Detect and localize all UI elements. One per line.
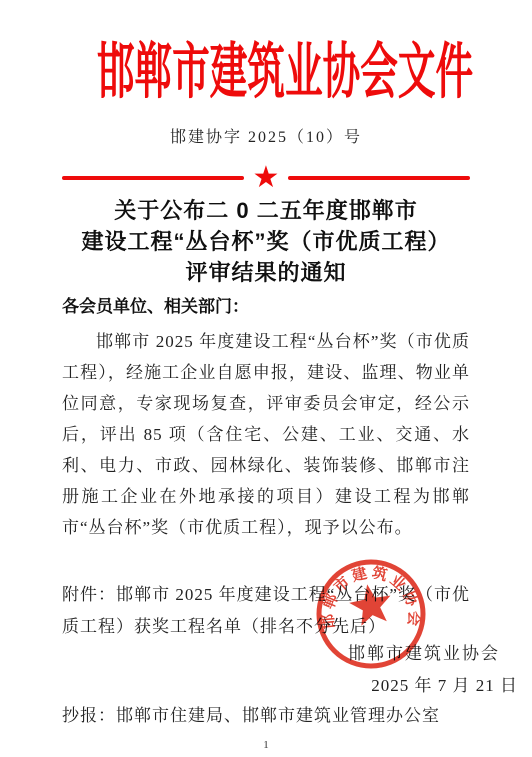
page-number: 1 [0, 739, 532, 751]
title-line-2: 建设工程“丛台杯”奖（市优质工程） [0, 226, 532, 257]
divider-left-bar [62, 176, 244, 180]
masthead-title: 邯郸市建筑业协会文件 [97, 40, 473, 106]
document-page: 邯郸市建筑业协会文件 邯建协字 2025（10）号 ★ 关于公布二 0 二五年度… [0, 0, 532, 757]
divider-right-bar [288, 176, 470, 180]
salutation: 各会员单位、相关部门： [62, 296, 470, 318]
doc-number: 邯建协字 2025（10）号 [0, 124, 532, 147]
red-divider: ★ [62, 163, 470, 193]
masthead: 邯郸市建筑业协会文件 [0, 40, 532, 104]
title-line-1: 关于公布二 0 二五年度邯郸市 [0, 195, 532, 226]
issue-date: 2025 年 7 月 21 日 [0, 675, 532, 697]
star-icon: ★ [253, 164, 280, 192]
body-paragraph: 邯郸市 2025 年度建设工程“丛台杯”奖（市优质工程），经施工企业自愿申报，建… [62, 326, 470, 543]
attachment-note: 附件：邯郸市 2025 年度建设工程“丛台杯”奖（市优质工程）获奖工程名单（排名… [62, 579, 470, 643]
document-title: 关于公布二 0 二五年度邯郸市 建设工程“丛台杯”奖（市优质工程） 评审结果的通… [0, 195, 532, 288]
issuer-signature: 邯郸市建筑业协会 [0, 643, 532, 665]
title-line-3: 评审结果的通知 [0, 257, 532, 288]
cc-line: 抄报：邯郸市住建局、邯郸市建筑业管理办公室 [62, 705, 470, 727]
